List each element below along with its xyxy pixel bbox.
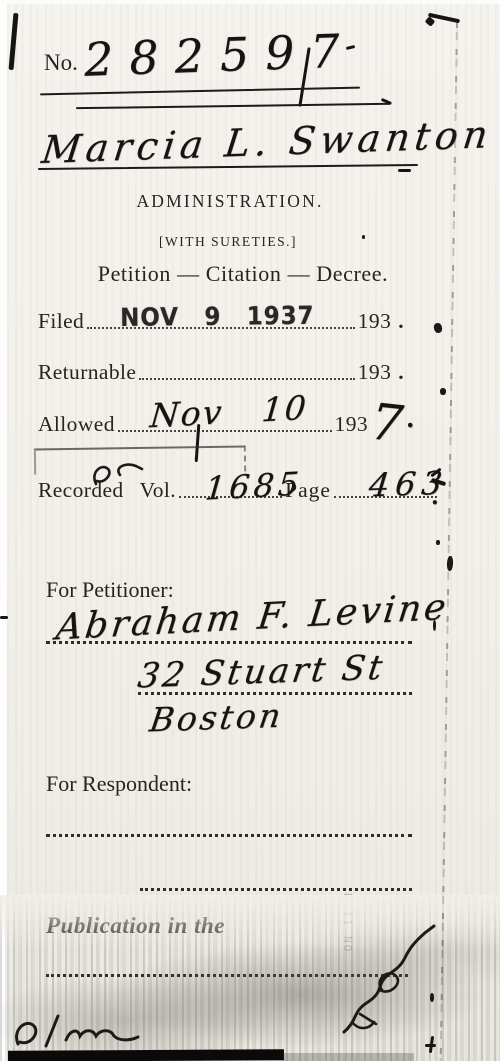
allowed-label: Allowed [38,412,115,437]
decedent-name: Marcia L. Swanton [39,112,495,172]
respondent-line-2 [140,888,412,891]
filed-label: Filed [38,309,84,334]
form-doc-types: Petition — Citation — Decree. [0,261,486,287]
ink-blob [440,388,446,395]
ink-blob [430,993,434,1002]
underline [76,103,390,109]
allowed-year-prefix: 193 [335,412,368,437]
underline [40,87,360,96]
scan-bar-fade [282,1053,414,1061]
form-title: ADMINISTRATION. [0,191,460,212]
allowed-year-digit: 7 [368,392,406,453]
fold-line [440,22,458,1061]
returnable-label: Returnable [38,360,136,385]
petitioner-street-line [138,692,412,695]
filed-date-stamp: NOV 9 1937 [120,301,315,332]
scan-edge-top [0,0,500,4]
form-subtitle: [WITH SURETIES.] [0,234,456,250]
signature-scribble [330,918,442,1040]
returnable-year-prefix: 193 [358,360,391,385]
petitioner-section-label: For Petitioner: [46,577,174,603]
ink-blob [433,322,443,334]
ink-blob [436,540,440,545]
allowed-period: . [406,404,414,433]
scan-edge-left [0,0,7,1061]
filed-year-prefix: 193 [358,309,391,334]
edge-tick [0,616,8,619]
ink-blob [433,620,436,631]
recorded-label: Recorded [38,478,124,503]
returnable-period: . [398,360,404,385]
vol-label: Vol. [140,478,176,503]
case-number-value: 282597 [83,23,356,86]
ink-speck [362,235,365,239]
ink-blob [447,556,454,571]
petitioner-street: 32 Stuart St [135,648,387,697]
scanned-probate-form: No. 282597 Marcia L. Swanton ADMINISTRAT… [0,0,500,1061]
ink-blob [425,1044,436,1047]
pen-mark [9,13,19,70]
filed-period: . [398,309,404,334]
petitioner-name-line [46,641,412,644]
vol-value: 1685 [203,464,304,507]
case-number-label: No. [44,50,78,76]
respondent-line [46,834,412,837]
returnable-row: Returnable 193 . [38,360,404,385]
scan-black-bar [8,1049,284,1061]
returnable-dotted-leader [139,377,354,380]
pen-mark [398,169,411,172]
petitioner-city: Boston [147,696,286,740]
page-period: . [431,484,439,510]
respondent-section-label: For Respondent: [46,771,192,797]
publication-label: Publication in the [46,913,225,939]
